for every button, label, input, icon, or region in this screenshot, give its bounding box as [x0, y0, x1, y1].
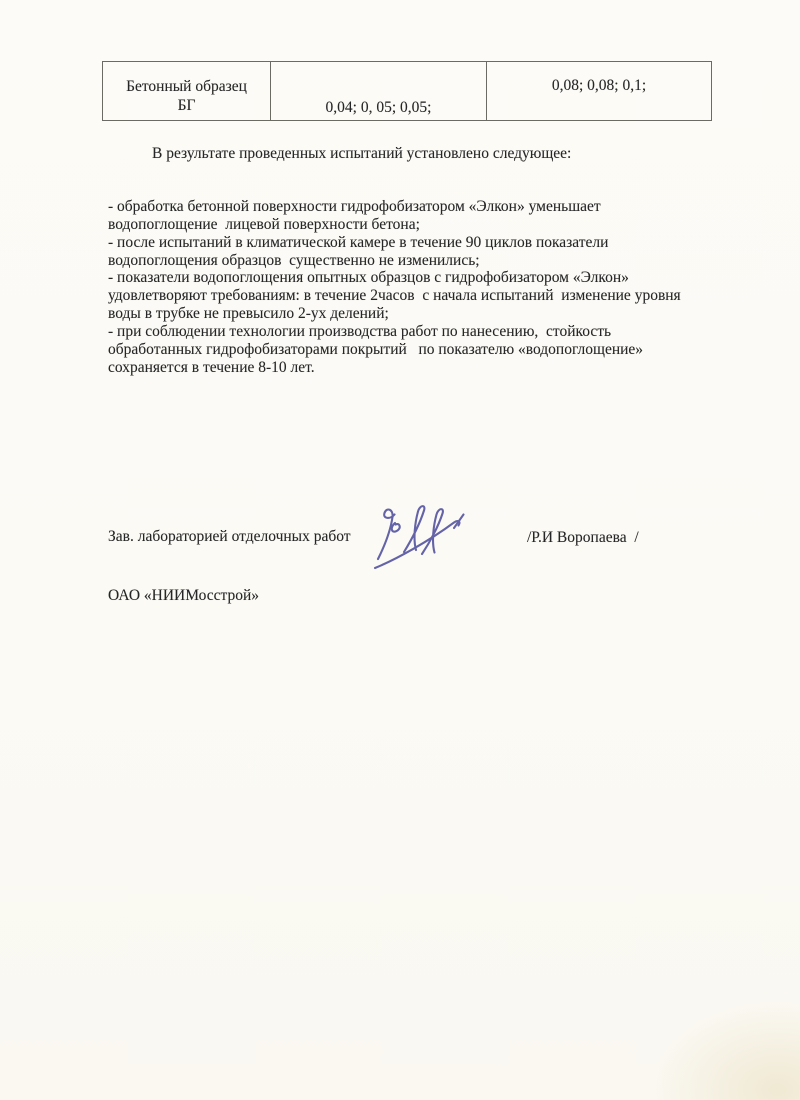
signer-name: /Р.И Воропаева / [527, 529, 639, 547]
finding-line: обработанных гидрофобизаторами покрытий … [108, 341, 681, 359]
results-intro-line: В результате проведенных испытаний устан… [152, 145, 571, 163]
finding-line: - при соблюдении технологии производства… [108, 323, 681, 341]
signoff-block: Зав. лабораторией отделочных работ ОАО «… [108, 487, 351, 645]
scan-corner-blotch [650, 1000, 800, 1100]
finding-line: водопоглощения образцов существенно не и… [108, 252, 681, 270]
signoff-role-line1: Зав. лабораторией отделочных работ [108, 527, 351, 547]
finding-line: воды в трубке не превысило 2-ух делений; [108, 305, 681, 323]
sample-name-cell: Бетонный образец БГ [103, 62, 270, 120]
reference-values: 0,08; 0,08; 0,1; [552, 77, 646, 94]
treated-values-cell: 0,04; 0, 05; 0,05; [270, 62, 486, 120]
handwritten-signature [363, 497, 485, 573]
signoff-role-line2: ОАО «НИИМосстрой» [108, 586, 351, 606]
finding-line: - показатели водопоглощения опытных обра… [108, 269, 681, 287]
findings-list: - обработка бетонной поверхности гидрофо… [108, 198, 681, 376]
finding-line: водопоглощение лицевой поверхности бетон… [108, 216, 681, 234]
finding-line: сохраняется в течение 8-10 лет. [108, 359, 681, 377]
finding-line: - после испытаний в климатической камере… [108, 234, 681, 252]
sample-name-line2: БГ [103, 96, 270, 115]
reference-values-cell: 0,08; 0,08; 0,1; [486, 62, 711, 120]
finding-line: - обработка бетонной поверхности гидрофо… [108, 198, 681, 216]
water-absorption-table: Бетонный образец БГ 0,04; 0, 05; 0,05; 0… [102, 61, 712, 121]
scanned-document-page: Бетонный образец БГ 0,04; 0, 05; 0,05; 0… [0, 0, 800, 1100]
sample-name-line1: Бетонный образец [103, 77, 270, 96]
finding-line: удовлетворяют требованиям: в течение 2ча… [108, 287, 681, 305]
treated-values: 0,04; 0, 05; 0,05; [326, 99, 432, 117]
